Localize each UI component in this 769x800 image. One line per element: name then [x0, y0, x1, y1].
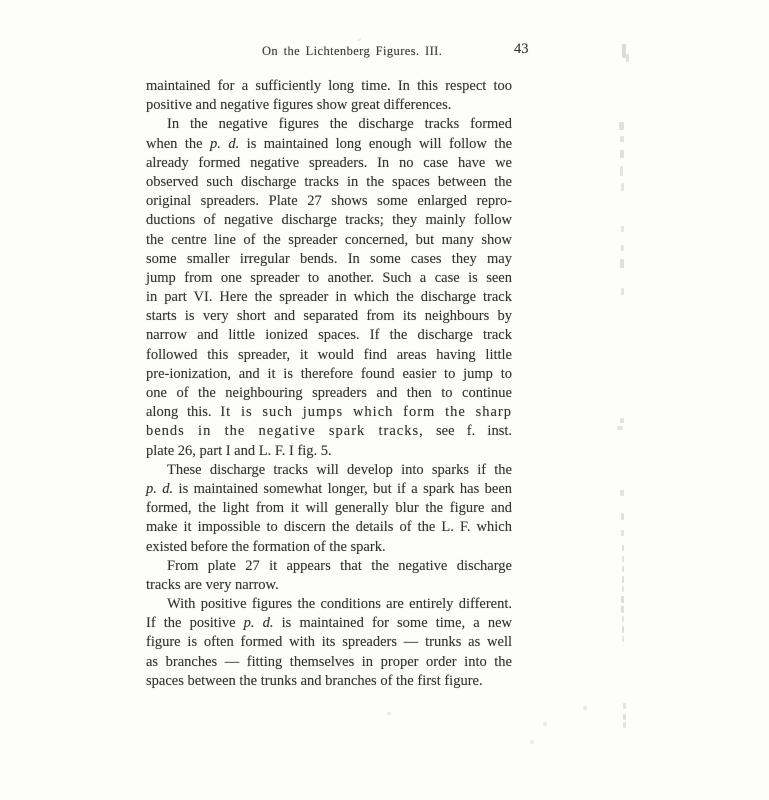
text-line: some smaller irregular bends. In some ca… — [146, 250, 512, 269]
text-line: starts is very short and separated from … — [146, 307, 512, 326]
text-segment: is maintained somewhat longer, but if a … — [173, 481, 512, 497]
text-segment: pre-ionization, and it is therefore foun… — [146, 366, 512, 382]
paragraph: These discharge tracks will develop into… — [146, 461, 512, 557]
text-segment: tracks are very narrow. — [146, 577, 279, 593]
running-header-title: On the Lichtenberg Figures. III. — [262, 44, 442, 59]
text-line: observed such discharge tracks in the sp… — [146, 173, 512, 192]
paragraph: maintained for a sufficiently long time.… — [146, 77, 512, 115]
scan-artifact-speck — [622, 586, 624, 592]
scan-artifact-speck — [623, 703, 626, 709]
text-segment: spaces between the trunks and branches o… — [146, 673, 483, 689]
text-segment: in part VI. Here the spreader in which t… — [146, 289, 512, 305]
scan-artifact-speck — [530, 740, 534, 744]
text-segment: existed before the formation of the spar… — [146, 539, 386, 555]
text-line: make it impossible to discern the detail… — [146, 518, 512, 537]
text-segment: observed such discharge tracks in the sp… — [146, 174, 512, 190]
text-line: in part VI. Here the spreader in which t… — [146, 288, 512, 307]
text-line: as branches — fitting themselves in prop… — [146, 653, 512, 672]
scan-artifact-speck — [617, 426, 623, 430]
scan-artifact-speck — [622, 556, 624, 562]
scan-artifact-speck — [621, 226, 624, 232]
text-segment: is maintained long enough will follow th… — [239, 136, 512, 152]
italic-text-segment: p. d. — [210, 136, 239, 152]
text-line: existed before the formation of the spar… — [146, 538, 512, 557]
text-line: These discharge tracks will develop into… — [146, 461, 512, 480]
text-segment: ductions of negative discharge tracks; t… — [146, 212, 512, 228]
text-segment: along this. — [146, 404, 220, 420]
text-segment: jump from one spreader to another. Such … — [146, 270, 512, 286]
page-number: 43 — [514, 41, 529, 58]
text-line: plate 26, part I and L. F. I fig. 5. — [146, 442, 512, 461]
text-segment: maintained for a sufficiently long time.… — [146, 78, 512, 94]
paragraph: From plate 27 it appears that the negati… — [146, 557, 512, 595]
text-segment: as branches — fitting themselves in prop… — [146, 654, 512, 670]
scan-artifact-speck — [622, 545, 624, 551]
scan-artifact-speck — [357, 38, 361, 41]
text-line: when the p. d. is maintained long enough… — [146, 135, 512, 154]
text-segment: already formed negative spreaders. In no… — [146, 155, 512, 171]
scan-artifact-speck — [620, 136, 624, 142]
text-segment: starts is very short and separated from … — [146, 308, 512, 324]
text-line: along this. It is such jumps which form … — [146, 403, 512, 422]
scan-artifact-speck — [621, 596, 624, 603]
scanned-page: On the Lichtenberg Figures. III. 43 main… — [0, 0, 769, 800]
text-line: ductions of negative discharge tracks; t… — [146, 211, 512, 230]
text-line: already formed negative spreaders. In no… — [146, 154, 512, 173]
text-segment: figure is often formed with its spreader… — [146, 634, 512, 650]
scan-artifact-speck — [620, 259, 624, 268]
text-segment: With positive figures the conditions are… — [167, 596, 512, 612]
scan-artifact-speck — [620, 490, 624, 496]
paragraph: In the negative figures the discharge tr… — [146, 115, 512, 460]
text-line: positive and negative figures show great… — [146, 96, 512, 115]
text-segment: original spreaders. Plate 27 shows some … — [146, 193, 512, 209]
scan-artifact-speck — [621, 183, 624, 191]
text-line: maintained for a sufficiently long time.… — [146, 77, 512, 96]
text-line: narrow and little ionized spaces. If the… — [146, 326, 512, 345]
text-segment: the centre line of the spreader concerne… — [146, 232, 512, 248]
text-segment: If the positive — [146, 615, 244, 631]
text-block: maintained for a sufficiently long time.… — [146, 77, 512, 691]
text-line: p. d. is maintained somewhat longer, but… — [146, 480, 512, 499]
letterspaced-text-segment: It is such jumps which form the sharp — [220, 404, 512, 420]
scan-artifact-speck — [621, 245, 624, 251]
text-segment: From plate 27 it appears that the negati… — [167, 558, 512, 574]
scan-artifact-speck — [622, 626, 624, 633]
text-segment: make it impossible to discern the detail… — [146, 519, 512, 535]
text-segment: plate 26, part I and L. F. I fig. 5. — [146, 443, 332, 459]
scan-artifact-speck — [626, 54, 629, 62]
text-segment: one of the neighbouring spreaders and th… — [146, 385, 512, 401]
text-segment: is maintained for some time, a new — [274, 615, 512, 631]
text-line: the centre line of the spreader concerne… — [146, 231, 512, 250]
text-line: If the positive p. d. is maintained for … — [146, 614, 512, 633]
text-line: followed this spreader, it would find ar… — [146, 346, 512, 365]
scan-artifact-speck — [622, 636, 624, 642]
scan-artifact-speck — [621, 288, 624, 295]
scan-artifact-speck — [623, 714, 626, 720]
text-line: bends in the negative spark tracks, see … — [146, 422, 512, 441]
text-segment: when the — [146, 136, 210, 152]
text-segment: narrow and little ionized spaces. If the… — [146, 327, 512, 343]
text-segment: some smaller irregular bends. In some ca… — [146, 251, 512, 267]
scan-artifact-speck — [583, 706, 587, 710]
scan-artifact-speck — [621, 606, 624, 613]
scan-artifact-speck — [622, 616, 624, 622]
scan-artifact-speck — [622, 576, 624, 583]
paragraph: With positive figures the conditions are… — [146, 595, 512, 691]
text-segment: see f. inst. — [424, 423, 512, 439]
scan-artifact-speck — [620, 418, 624, 423]
letterspaced-text-segment: bends in the negative spark tracks, — [146, 423, 424, 439]
scan-artifact-speck — [621, 513, 624, 520]
text-line: In the negative figures the discharge tr… — [146, 115, 512, 134]
text-line: formed, the light from it will generally… — [146, 499, 512, 518]
text-line: spaces between the trunks and branches o… — [146, 672, 512, 691]
text-segment: positive and negative figures show great… — [146, 97, 451, 113]
text-line: one of the neighbouring spreaders and th… — [146, 384, 512, 403]
italic-text-segment: p. d. — [244, 615, 274, 631]
italic-text-segment: p. d. — [146, 481, 173, 497]
scan-artifact-speck — [623, 722, 626, 728]
text-line: From plate 27 it appears that the negati… — [146, 557, 512, 576]
scan-artifact-speck — [620, 166, 623, 176]
text-segment: In the negative figures the discharge tr… — [167, 116, 512, 132]
text-line: tracks are very narrow. — [146, 576, 512, 595]
text-line: pre-ionization, and it is therefore foun… — [146, 365, 512, 384]
text-segment: These discharge tracks will develop into… — [167, 462, 512, 478]
text-line: original spreaders. Plate 27 shows some … — [146, 192, 512, 211]
scan-artifact-speck — [620, 150, 624, 158]
scan-artifact-speck — [622, 566, 624, 572]
text-line: With positive figures the conditions are… — [146, 595, 512, 614]
text-line: figure is often formed with its spreader… — [146, 633, 512, 652]
text-segment: formed, the light from it will generally… — [146, 500, 512, 516]
text-line: jump from one spreader to another. Such … — [146, 269, 512, 288]
scan-artifact-speck — [619, 122, 624, 130]
scan-artifact-speck — [621, 530, 624, 536]
scan-artifact-speck — [543, 722, 547, 726]
text-segment: followed this spreader, it would find ar… — [146, 347, 512, 363]
scan-artifact-speck — [387, 712, 391, 715]
